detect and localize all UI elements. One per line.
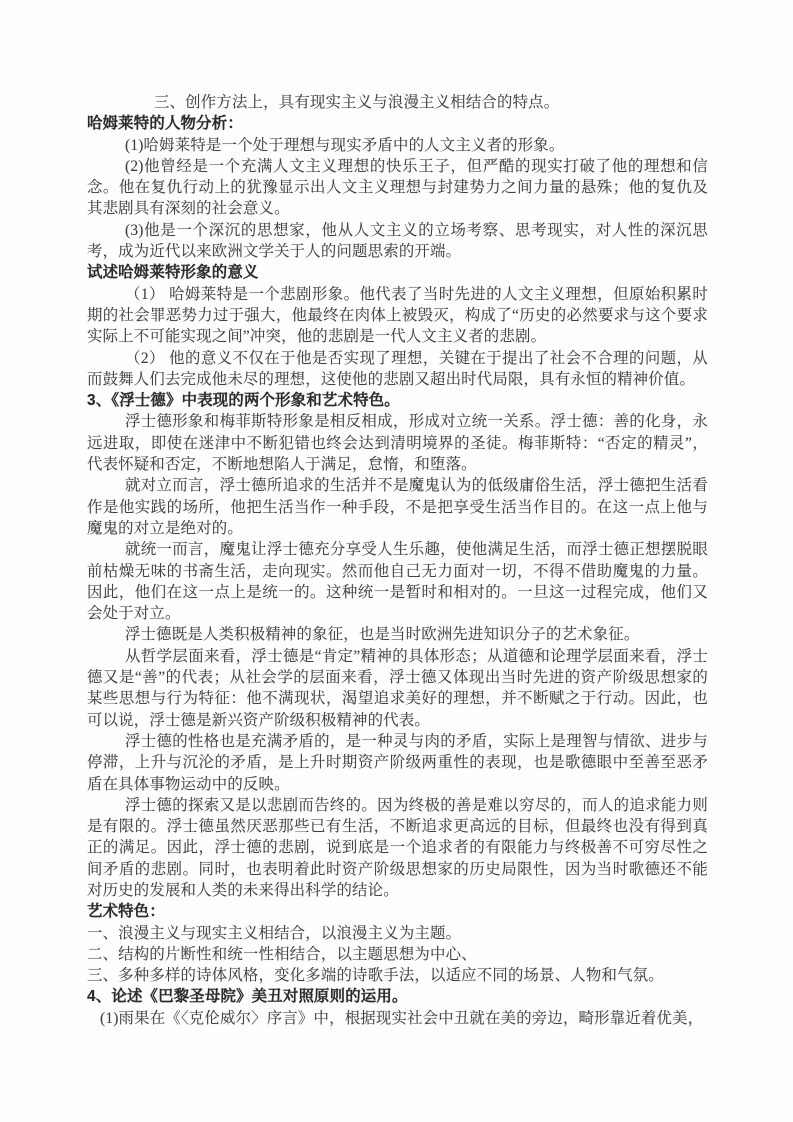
paragraph-hamlet-point-3: (3)他是一个深沉的思想家，他从人文主义的立场考察、思考现实，对人性的深沉思考，… [87,220,708,263]
paragraph-faust-contradictions: 浮士德的性格也是充满矛盾的，是一种灵与肉的矛盾，实际上是理智与情欲、进步与停滞，… [87,731,708,795]
heading-faust-two-images: 3、《浮士德》中表现的两个形象和艺术特色。 [87,390,708,411]
list-item-artistic-feature-3: 三、多种多样的诗体风格，变化多端的诗歌手法，以适应不同的场景、人物和气氛。 [87,965,708,986]
heading-hamlet-image-significance: 试述哈姆莱特形象的意义 [87,262,708,283]
paragraph-hugo-preface: (1)雨果在《〈克伦威尔〉序言》中，根据现实社会中丑就在美的旁边，畸形靠近着优美… [87,1008,708,1029]
paragraph-significance-point-1: （1） 哈姆莱特是一个悲剧形象。他代表了当时先进的人文主义理想，但原始积累时期的… [87,284,708,348]
paragraph-hamlet-point-1: (1)哈姆莱特是一个处于理想与现实矛盾中的人文主义者的形象。 [87,135,708,156]
document-page: 三、创作方法上，具有现实主义与浪漫主义相结合的特点。 哈姆莱特的人物分析： (1… [0,0,793,1122]
paragraph-faust-opposition: 就对立而言，浮士德所追求的生活并不是魔鬼认为的低级庸俗生活，浮士德把生活看作是他… [87,475,708,539]
opening-continuation-line: 三、创作方法上，具有现实主义与浪漫主义相结合的特点。 [87,92,708,113]
document-text-block: 三、创作方法上，具有现实主义与浪漫主义相结合的特点。 哈姆莱特的人物分析： (1… [87,92,708,1029]
list-item-artistic-feature-2: 二、结构的片断性和统一性相结合，以主题思想为中心、 [87,944,708,965]
paragraph-faust-philosophy: 从哲学层面来看，浮士德是“肯定”精神的具体形态；从道德和论理学层面来看，浮士德又… [87,646,708,731]
list-item-artistic-feature-1: 一、浪漫主义与现实主义相结合，以浪漫主义为主题。 [87,923,708,944]
heading-notre-dame-contrast: 4、论述《巴黎圣母院》美丑对照原则的运用。 [87,986,708,1007]
paragraph-faust-tragedy: 浮士德的探索又是以悲剧而告终的。因为终极的善是难以穷尽的，而人的追求能力则是有限… [87,795,708,901]
heading-artistic-features: 艺术特色： [87,901,708,922]
paragraph-faust-mephisto-relation: 浮士德形象和梅菲斯特形象是相反相成，形成对立统一关系。浮士德：善的化身，永远进取… [87,411,708,475]
paragraph-significance-point-2: （2） 他的意义不仅在于他是否实现了理想，关键在于提出了社会不合理的问题，从而鼓… [87,348,708,391]
heading-hamlet-character-analysis: 哈姆莱特的人物分析： [87,113,708,134]
paragraph-hamlet-point-2: (2)他曾经是一个充满人文主义理想的快乐王子，但严酷的现实打破了他的理想和信念。… [87,156,708,220]
paragraph-faust-symbol: 浮士德既是人类积极精神的象征，也是当时欧洲先进知识分子的艺术象征。 [87,624,708,645]
paragraph-faust-unity: 就统一而言，魔鬼让浮士德充分享受人生乐趣，使他满足生活，而浮士德正想摆脱眼前枯燥… [87,539,708,624]
